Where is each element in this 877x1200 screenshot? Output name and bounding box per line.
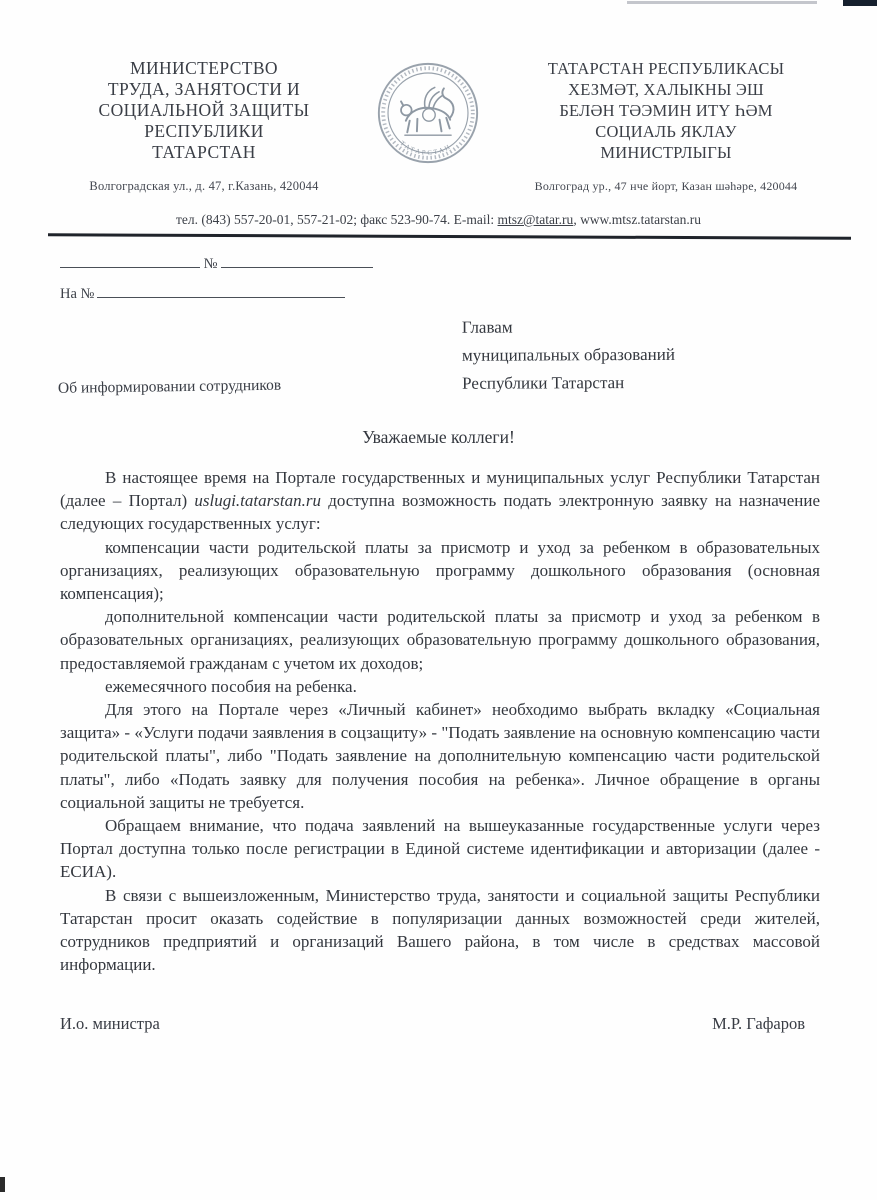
scan-artifact-bottom-left	[0, 1177, 5, 1192]
date-blank-line	[60, 254, 200, 268]
scanned-letter-page: МИНИСТЕРСТВО ТРУДА, ЗАНЯТОСТИ И СОЦИАЛЬН…	[0, 0, 877, 1200]
letterhead: МИНИСТЕРСТВО ТРУДА, ЗАНЯТОСТИ И СОЦИАЛЬН…	[0, 0, 877, 197]
org-ru-line: СОЦИАЛЬНОЙ ЗАЩИТЫ	[58, 100, 350, 121]
subject-line: Об информировании сотрудников	[58, 374, 462, 400]
letterhead-divider-rule	[48, 233, 851, 240]
on-number-label: На №	[60, 286, 94, 302]
body-paragraph: Для этого на Портале через «Личный кабин…	[60, 698, 820, 814]
address-tatar: Волгоград ур., 47 нче йорт, Казан шәһәре…	[505, 176, 827, 197]
ministry-name-tatar: ТАТАРСТАН РЕСПУБЛИКАСЫ ХЕЗМӘТ, ХАЛЫКНЫ Э…	[505, 58, 827, 197]
outgoing-number-line: №	[60, 254, 877, 273]
ministry-name-russian: МИНИСТЕРСТВО ТРУДА, ЗАНЯТОСТИ И СОЦИАЛЬН…	[58, 58, 350, 197]
addressee-line: муниципальных образований	[462, 340, 820, 370]
org-tt-line: СОЦИАЛЬ ЯКЛАУ	[505, 121, 827, 142]
tatarstan-seal-icon: ТАТАРСТАН	[375, 60, 481, 166]
emblem-container: ТАТАРСТАН	[363, 58, 493, 166]
incoming-number-line: На №	[60, 284, 877, 303]
org-ru-line: МИНИСТЕРСТВО	[58, 58, 350, 79]
body-paragraph: В связи с вышеизложенным, Министерство т…	[60, 884, 820, 977]
addressee-block: Главам муниципальных образований Республ…	[462, 312, 820, 398]
email-text: mtsz@tatar.ru	[498, 212, 574, 227]
portal-url-text: uslugi.tatarstan.ru	[194, 491, 321, 510]
body-paragraph: ежемесячного пособия на ребенка.	[60, 675, 820, 698]
address-russian: Волгоградская ул., д. 47, г.Казань, 4200…	[58, 176, 350, 197]
contact-post: , www.mtsz.tatarstan.ru	[573, 212, 701, 227]
number-blank-line	[221, 254, 373, 268]
salutation: Уважаемые коллеги!	[0, 427, 877, 448]
subject-addressee-row: Об информировании сотрудников Главам мун…	[0, 303, 877, 397]
scan-artifact-top-right	[843, 0, 877, 6]
addressee-line: Республики Татарстан	[462, 368, 820, 398]
org-tt-line: ХЕЗМӘТ, ХАЛЫКНЫ ЭШ	[505, 79, 827, 100]
org-ru-line: ТРУДА, ЗАНЯТОСТИ И	[58, 79, 350, 100]
body-paragraph: В настоящее время на Портале государстве…	[60, 466, 820, 536]
org-tt-line: МИНИСТРЛЫГЫ	[505, 142, 827, 163]
body-paragraph: Обращаем внимание, что подача заявлений …	[60, 814, 820, 884]
contact-line: тел. (843) 557-20-01, 557-21-02; факс 52…	[0, 212, 877, 228]
org-ru-line: РЕСПУБЛИКИ	[58, 121, 350, 142]
org-tt-line: ТАТАРСТАН РЕСПУБЛИКАСЫ	[505, 58, 827, 79]
body-paragraph: дополнительной компенсации части родител…	[60, 605, 820, 675]
reference-block: № На №	[60, 254, 877, 303]
contact-pre: тел. (843) 557-20-01, 557-21-02; факс 52…	[176, 212, 498, 227]
org-ru-line: ТАТАРСТАН	[58, 142, 350, 163]
incoming-blank-line	[97, 284, 345, 298]
number-sign: №	[204, 256, 218, 272]
signer-name: М.Р. Гафаров	[712, 1014, 805, 1034]
signer-title: И.о. министра	[60, 1014, 160, 1034]
letter-body: В настоящее время на Портале государстве…	[60, 466, 820, 976]
addressee-line: Главам	[462, 312, 820, 342]
signature-row: И.о. министра М.Р. Гафаров	[60, 1014, 805, 1034]
org-tt-line: БЕЛӘН ТӘЭМИН ИТҮ ҺӘМ	[505, 100, 827, 121]
scan-artifact-top-smudge	[627, 1, 817, 4]
body-paragraph: компенсации части родительской платы за …	[60, 536, 820, 606]
